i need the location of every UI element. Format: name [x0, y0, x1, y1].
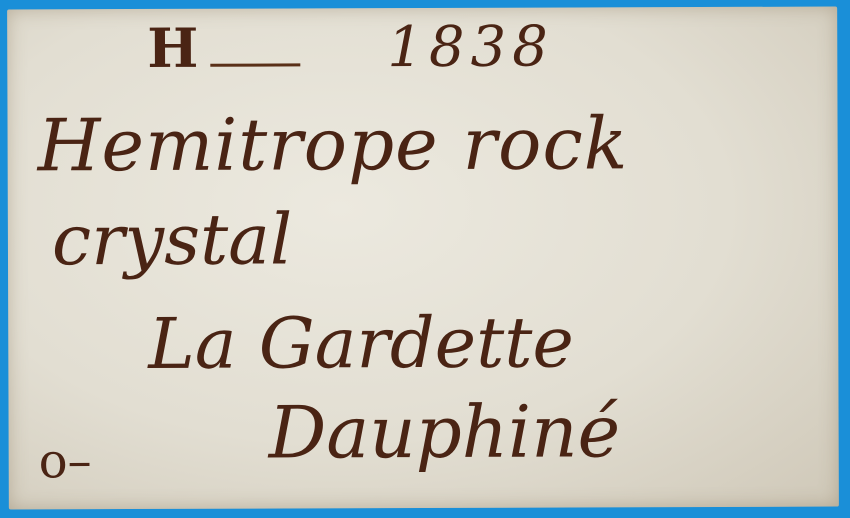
catalog-letter: H — [147, 20, 310, 75]
specimen-label: H 1838 Hemitrope rock crystal La Gardett… — [7, 7, 839, 510]
underline-rule — [210, 63, 300, 66]
locality-line2: Dauphiné — [268, 395, 620, 468]
specimen-name-line1: Hemitrope rock — [37, 107, 628, 181]
specimen-name-line2: crystal — [52, 204, 293, 275]
corner-mark: o– — [39, 437, 92, 485]
locality-line1: La Gardette — [148, 307, 574, 378]
year: 1838 — [387, 20, 554, 77]
